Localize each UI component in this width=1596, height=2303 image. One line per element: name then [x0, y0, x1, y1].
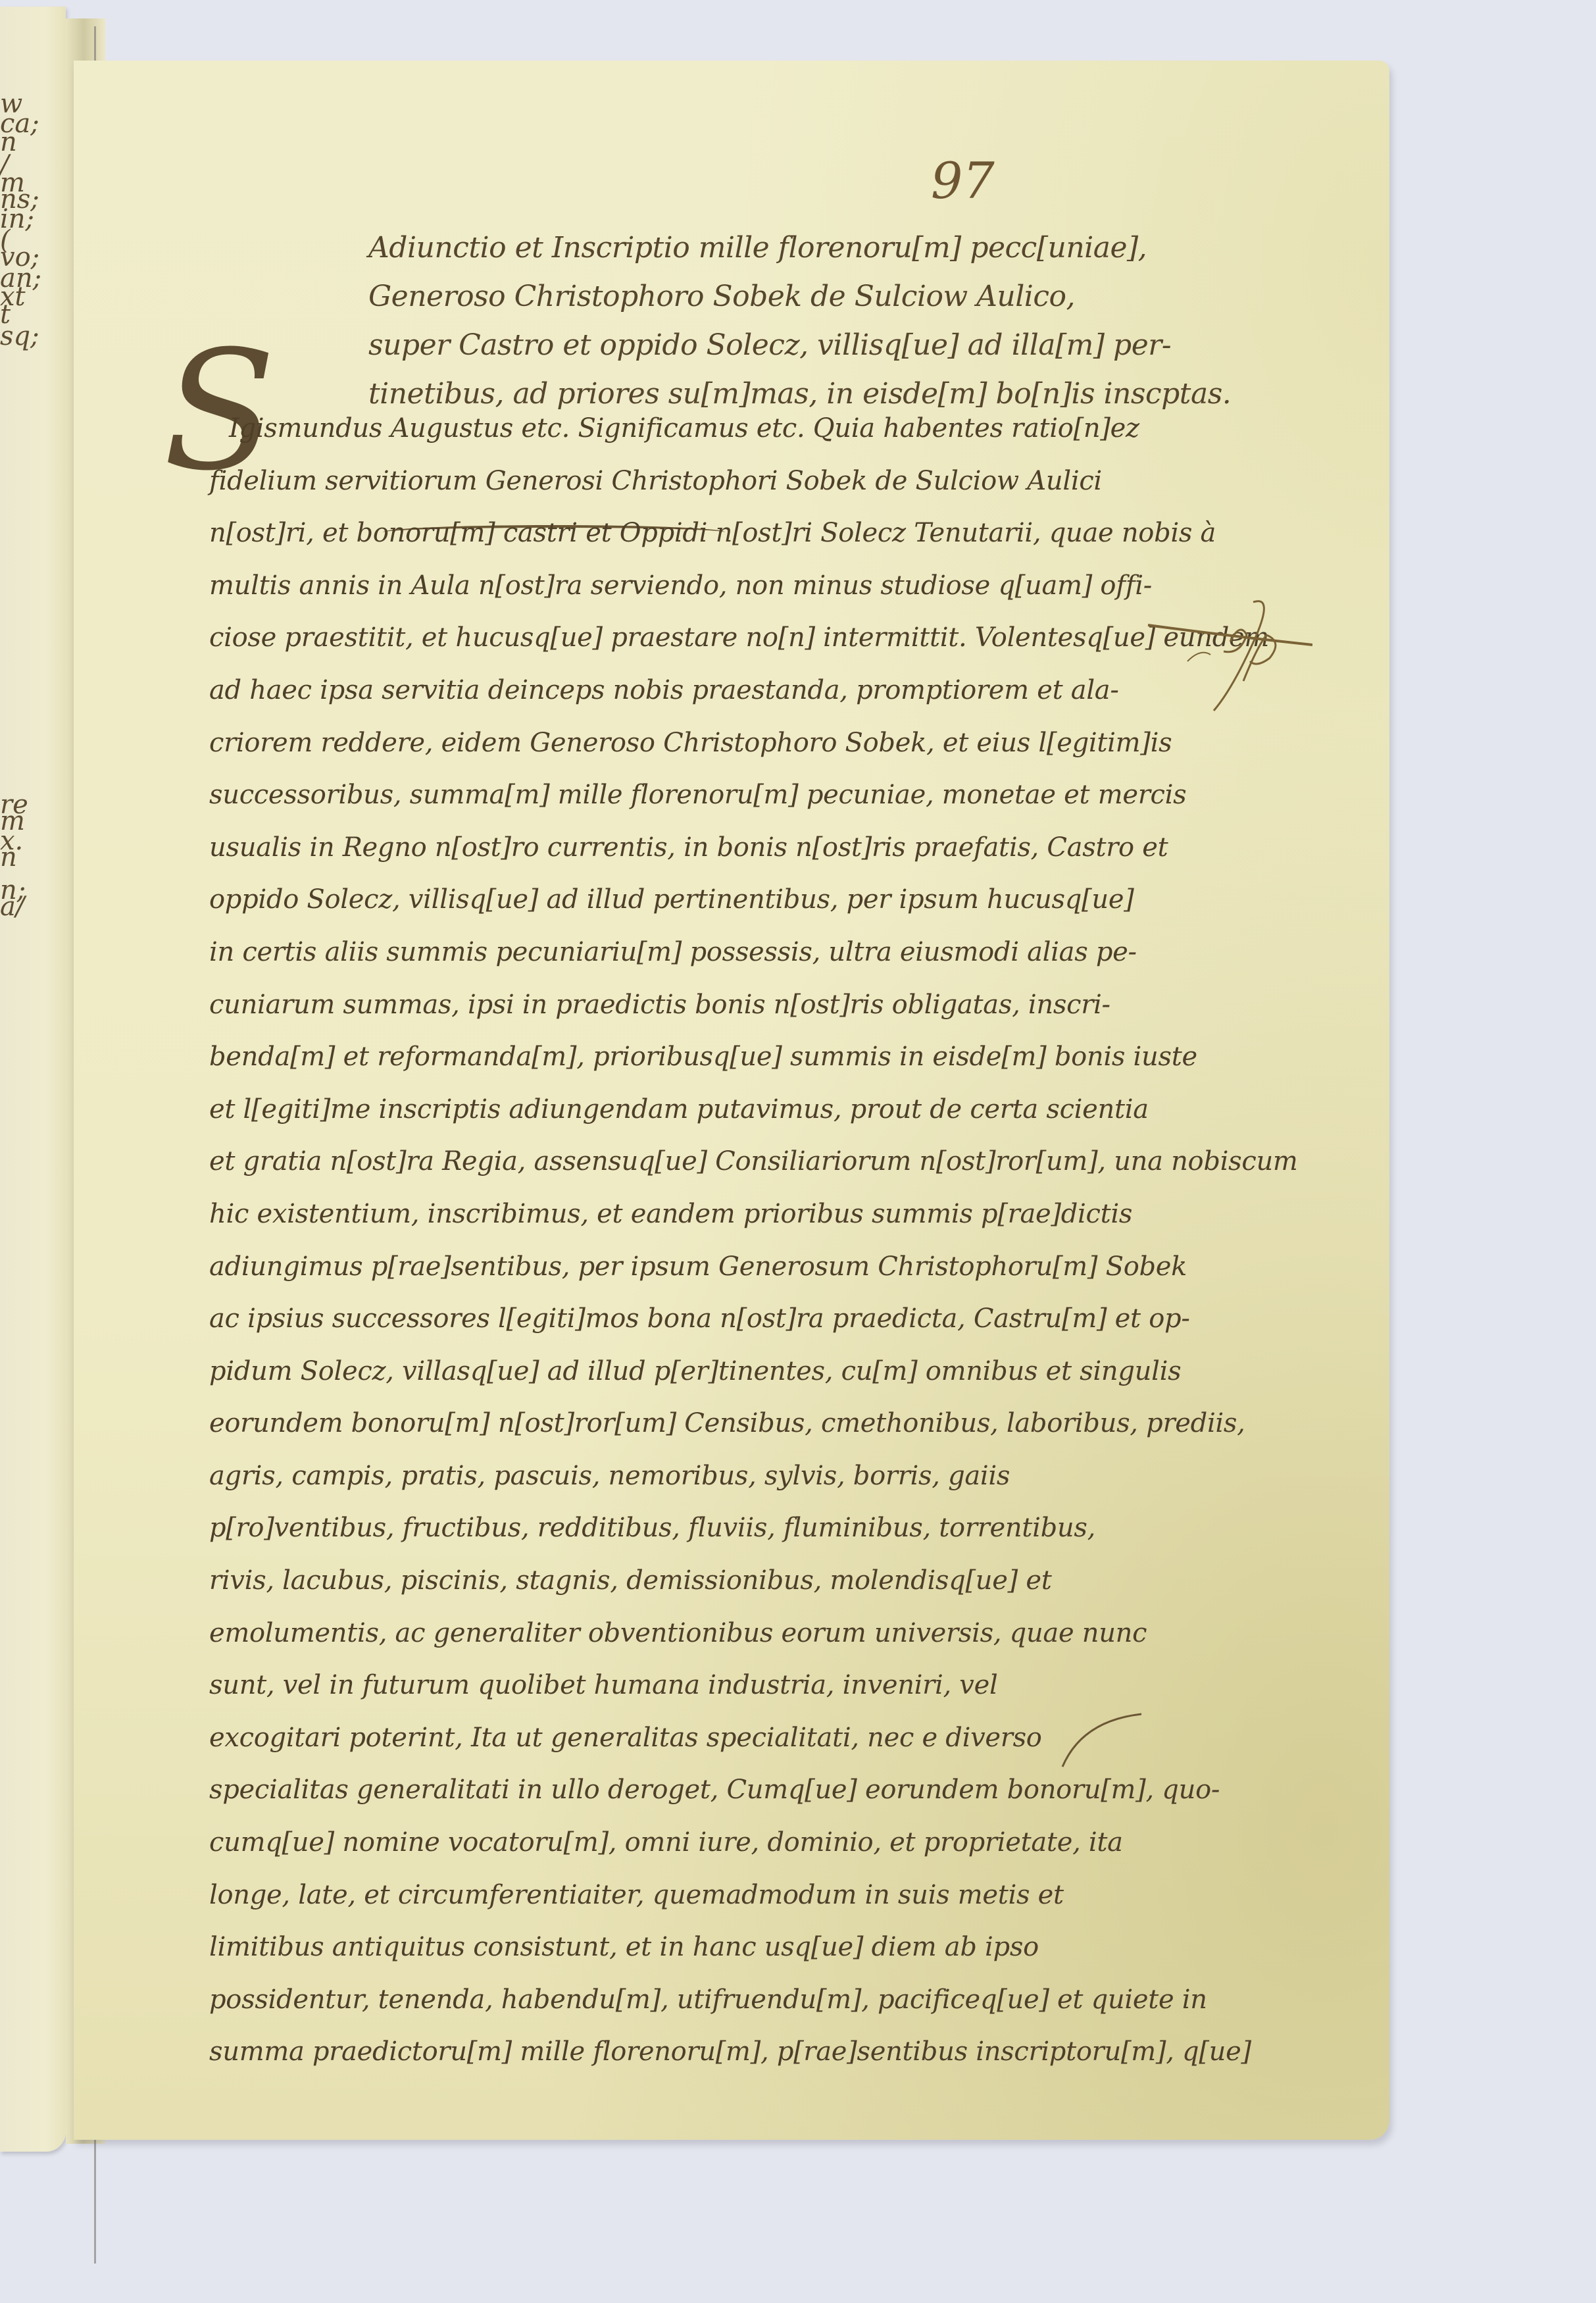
body-line: longe, late, et circumferentiaiter, quem…	[209, 1869, 1163, 1922]
left-page-fragment: n	[0, 842, 17, 873]
body-line: hic existentium, inscribimus, et eandem …	[209, 1188, 1163, 1241]
body-line: ciose praestitit, et hucusq[ue] praestar…	[209, 612, 1163, 665]
left-page-fragment: a/	[0, 892, 24, 922]
body-line: limitibus antiquitus consistunt, et in h…	[209, 1921, 1163, 1974]
body-line: agris, campis, pratis, pascuis, nemoribu…	[209, 1450, 1163, 1503]
facing-left-page: w ca; n / m ns; in; ( vo; an; xt t sq; r…	[0, 7, 66, 2152]
body-line: Igismundus Augustus etc. Significamus et…	[209, 403, 1163, 455]
body-line: n[ost]ri, et bonoru[m] castri et Oppidi …	[209, 507, 1163, 560]
heading-line: Adiunctio et Inscriptio mille florenoru[…	[368, 224, 1026, 272]
body-line: cumq[ue] nomine vocatoru[m], omni iure, …	[209, 1817, 1163, 1869]
body-line: et gratia n[ost]ra Regia, assensuq[ue] C…	[209, 1136, 1163, 1188]
body-line: fidelium servitiorum Generosi Christopho…	[209, 455, 1163, 508]
entry-heading: Adiunctio et Inscriptio mille florenoru[…	[368, 224, 1026, 418]
body-line: ad haec ipsa servitia deinceps nobis pra…	[209, 665, 1163, 717]
folio-number: 97	[931, 151, 995, 210]
body-line: criorem reddere, eidem Generoso Christop…	[209, 717, 1163, 770]
line-end-flourish	[951, 1708, 1148, 1773]
heading-line: Generoso Christophoro Sobek de Sulciow A…	[368, 272, 1026, 321]
heading-line: super Castro et oppido Solecz, villisq[u…	[368, 321, 1026, 370]
body-line: successoribus, summa[m] mille florenoru[…	[209, 769, 1163, 822]
left-page-fragment: sq;	[0, 321, 39, 351]
body-line: pidum Solecz, villasq[ue] ad illud p[er]…	[209, 1346, 1163, 1398]
body-line: cuniarum summas, ipsi in praedictis boni…	[209, 979, 1163, 1032]
body-line: emolumentis, ac generaliter obventionibu…	[209, 1607, 1163, 1660]
body-line: sunt, vel in futurum quolibet humana ind…	[209, 1659, 1163, 1712]
body-line: adiungimus p[rae]sentibus, per ipsum Gen…	[209, 1241, 1163, 1294]
body-line: oppido Solecz, villisq[ue] ad illud pert…	[209, 874, 1163, 926]
body-line: possidentur, tenenda, habendu[m], utifru…	[209, 1974, 1163, 2027]
margin-signature-mark	[1141, 595, 1312, 714]
body-line: summa praedictoru[m] mille florenoru[m],…	[209, 2026, 1163, 2079]
body-line: in certis aliis summis pecuniariu[m] pos…	[209, 926, 1163, 979]
body-line: p[ro]ventibus, fructibus, redditibus, fl…	[209, 1502, 1163, 1555]
body-line: et l[egiti]me inscriptis adiungendam put…	[209, 1084, 1163, 1136]
body-line: rivis, lacubus, piscinis, stagnis, demis…	[209, 1555, 1163, 1607]
body-line: ac ipsius successores l[egiti]mos bona n…	[209, 1293, 1163, 1346]
entry-body: Igismundus Augustus etc. Significamus et…	[209, 403, 1163, 2079]
body-line: eorundem bonoru[m] n[ost]ror[um] Censibu…	[209, 1398, 1163, 1450]
body-line: benda[m] et reformanda[m], prioribusq[ue…	[209, 1031, 1163, 1084]
body-line: usualis in Regno n[ost]ro currentis, in …	[209, 822, 1163, 874]
body-line: multis annis in Aula n[ost]ra serviendo,…	[209, 560, 1163, 613]
